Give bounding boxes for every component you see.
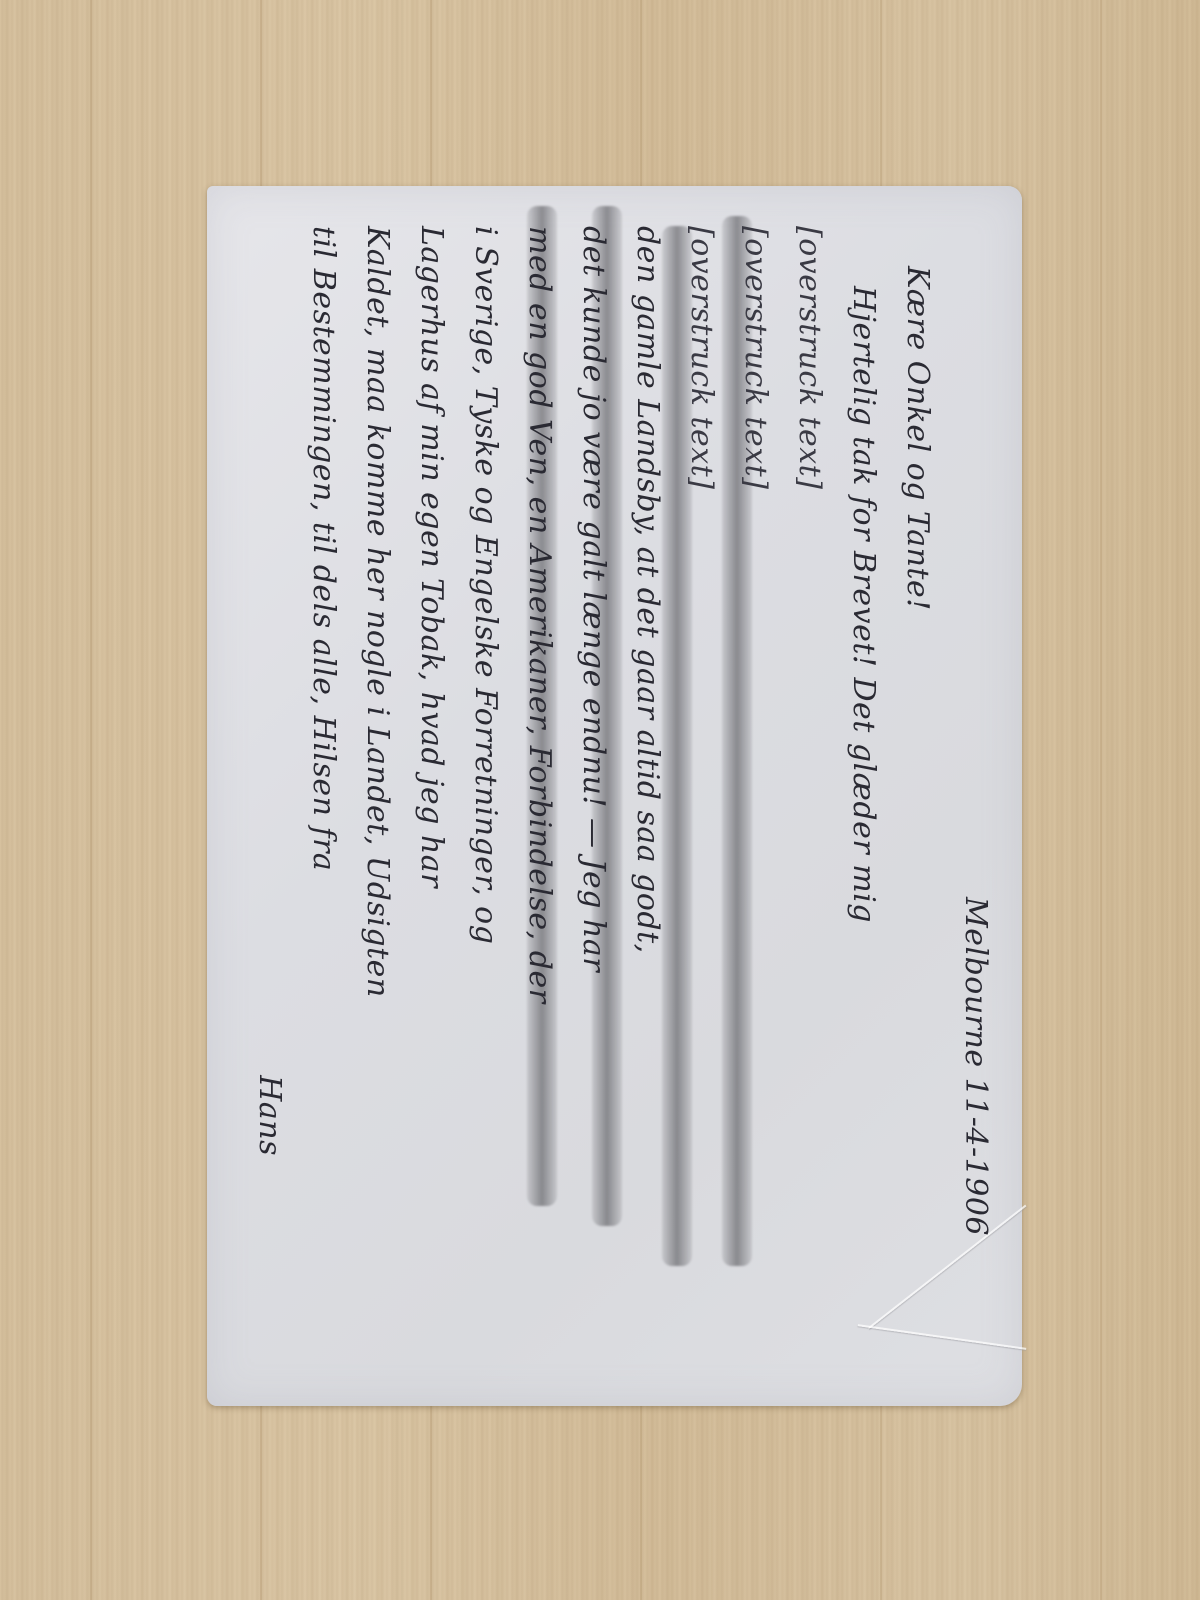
letter-line: den gamle Landsby, at det gaar altid saa…: [620, 226, 674, 1376]
letter-line: med en god Ven, en Amerikaner, Forbindel…: [512, 226, 566, 1376]
letter-line-redacted: [overstruck text]: [728, 226, 782, 1376]
letter-line: i Sverige, Tyske og Engelske Forretninge…: [458, 226, 512, 1376]
greeting: Kære Onkel og Tante!: [890, 226, 944, 1376]
letter-line-redacted: [overstruck text]: [674, 226, 728, 1376]
letter-line: Lagerhus af min egen Tobak, hvad jeg har: [404, 226, 458, 1376]
signature: Hans: [242, 226, 296, 1376]
wood-grain: [90, 0, 92, 1600]
letter-line: Hjertelig tak for Brevet! Det glæder mig: [836, 226, 890, 1376]
letter-line: det kunde jo være galt længe endnu! — Je…: [566, 226, 620, 1376]
letter-line: til Bestemmingen, til dels alle, Hilsen …: [296, 226, 350, 1376]
letter-line: Kaldet, maa komme her nogle i Landet, Ud…: [350, 226, 404, 1376]
letter-line-redacted: [overstruck text]: [782, 226, 836, 1376]
handwritten-text: Melbourne 11-4-1906 Kære Onkel og Tante!…: [207, 186, 1022, 1406]
wood-grain: [1100, 0, 1102, 1600]
date-line: Melbourne 11-4-1906: [948, 226, 1002, 1376]
